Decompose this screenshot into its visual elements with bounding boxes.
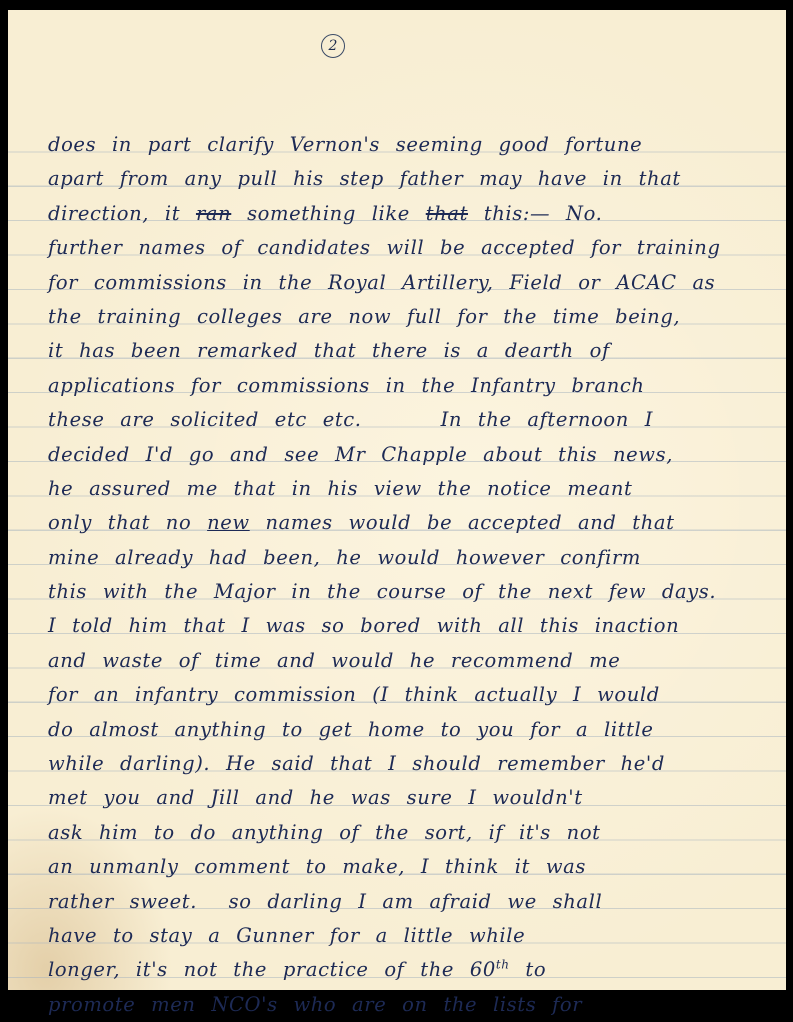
text-line-7: it has been remarked that there is a dea… <box>48 334 768 368</box>
text-line-22: an unmanly comment to make, I think it w… <box>48 850 768 884</box>
text-line-24: have to stay a Gunner for a little while <box>48 919 768 953</box>
text-line-3: direction, it ran something like that th… <box>48 197 768 231</box>
text-line-25: longer, it's not the practice of the 60t… <box>48 953 768 987</box>
ordinal-superscript: th <box>496 958 510 972</box>
text-line-3-end: this:— No. <box>468 202 602 225</box>
text-line-11: he assured me that in his view the notic… <box>48 472 768 506</box>
underlined-word-new: new <box>207 511 250 534</box>
text-line-12-end: names would be accepted and that <box>250 511 675 534</box>
text-line-25-start: longer, it's not the practice of the 60 <box>48 958 496 981</box>
text-line-20: met you and Jill and he was sure I would… <box>48 781 768 815</box>
text-line-23: rather sweet. so darling I am afraid we … <box>48 885 768 919</box>
text-line-13: mine already had been, he would however … <box>48 541 768 575</box>
text-line-4: further names of candidates will be acce… <box>48 231 768 265</box>
text-line-1: does in part clarify Vernon's seeming go… <box>48 128 768 162</box>
text-line-12-start: only that no <box>48 511 207 534</box>
text-line-9: these are solicited etc etc. In the afte… <box>48 403 768 437</box>
text-line-21: ask him to do anything of the sort, if i… <box>48 816 768 850</box>
text-line-3-mid: something like <box>231 202 425 225</box>
text-line-18: do almost anything to get home to you fo… <box>48 713 768 747</box>
struck-word-ran: ran <box>196 202 231 225</box>
text-line-16: and waste of time and would he recommend… <box>48 644 768 678</box>
text-line-10: decided I'd go and see Mr Chapple about … <box>48 438 768 472</box>
letter-page: 2 does in part clarify Vernon's seeming … <box>8 10 786 990</box>
text-line-17: for an infantry commission (I think actu… <box>48 678 768 712</box>
text-line-6: the training colleges are now full for t… <box>48 300 768 334</box>
text-line-14: this with the Major in the course of the… <box>48 575 768 609</box>
text-line-8: applications for commissions in the Infa… <box>48 369 768 403</box>
text-line-2: apart from any pull his step father may … <box>48 162 768 196</box>
text-line-5: for commissions in the Royal Artillery, … <box>48 266 768 300</box>
text-line-3-start: direction, it <box>48 202 196 225</box>
text-line-19: while darling). He said that I should re… <box>48 747 768 781</box>
handwritten-text: does in part clarify Vernon's seeming go… <box>48 128 768 1000</box>
text-line-15: I told him that I was so bored with all … <box>48 609 768 643</box>
page-number-circled: 2 <box>321 34 345 58</box>
text-line-12: only that no new names would be accepted… <box>48 506 768 540</box>
struck-word-that: that <box>426 202 468 225</box>
text-line-26: promote men NCO's who are on the lists f… <box>48 988 768 1000</box>
text-line-25-end: to <box>510 958 547 981</box>
